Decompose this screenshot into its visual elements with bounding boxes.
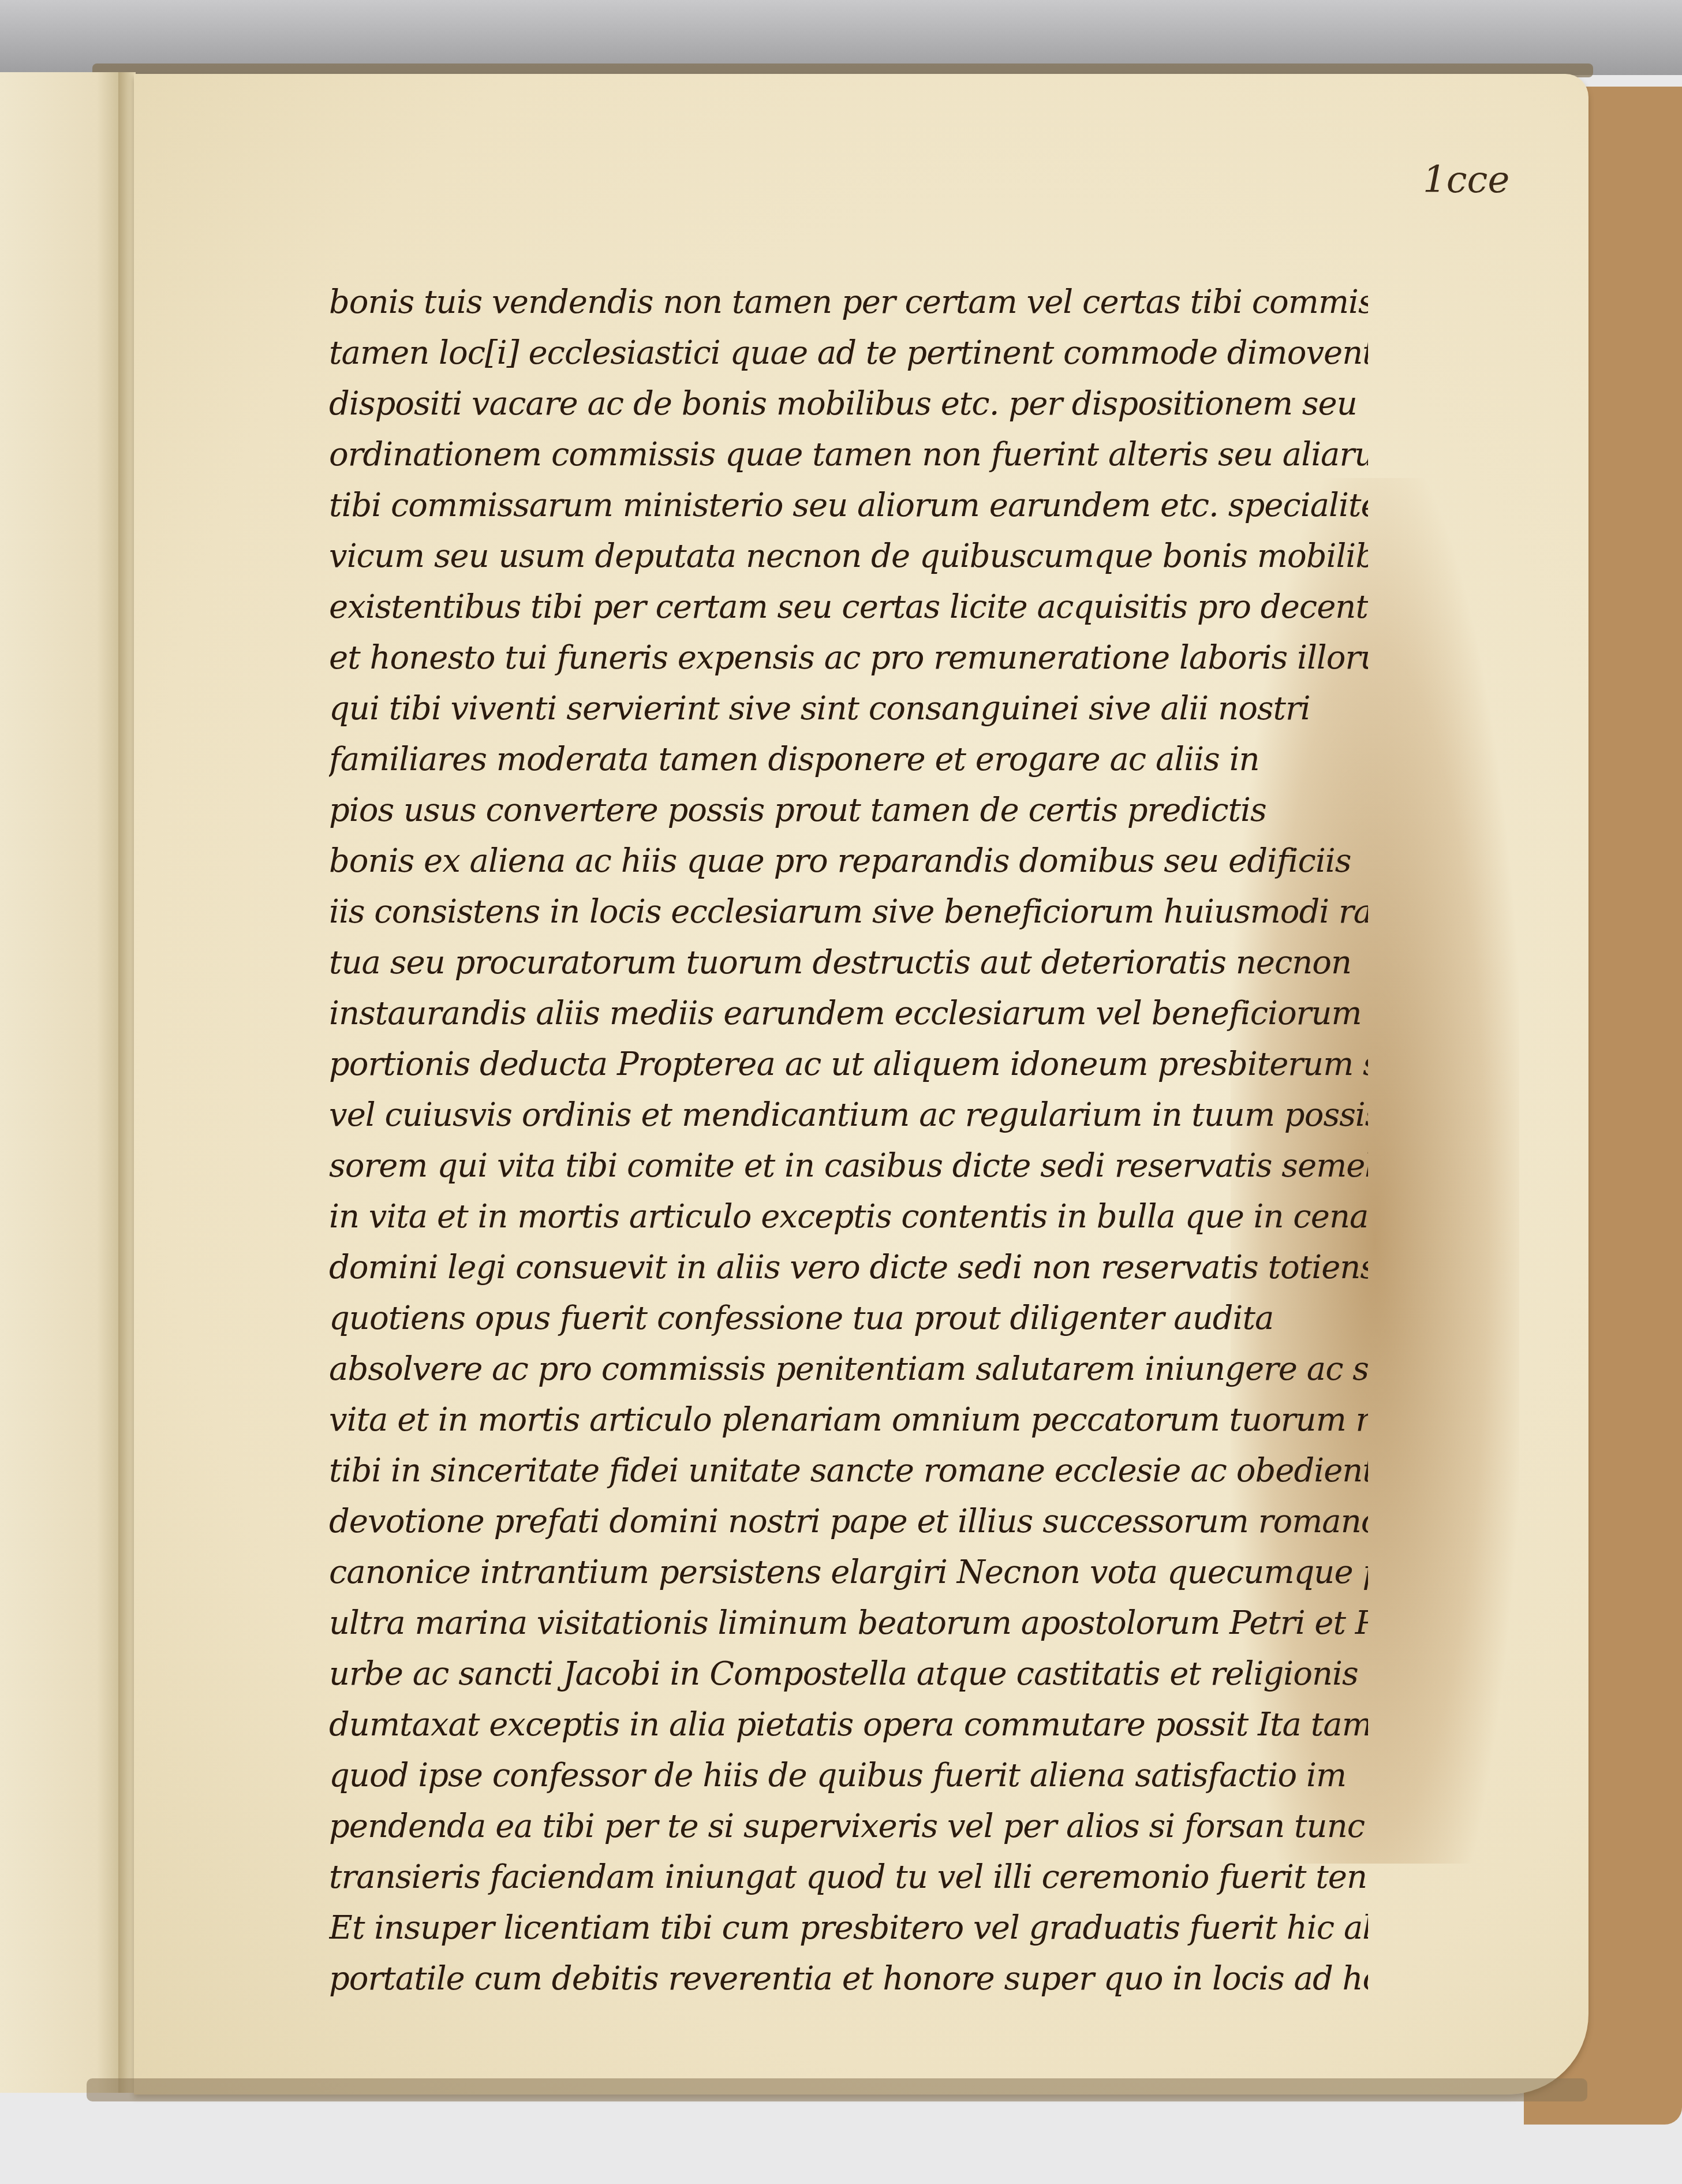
text-line: in vita et in mortis articulo exceptis c…	[329, 1192, 1368, 1242]
text-line: quotiens opus fuerit confessione tua pro…	[329, 1293, 1368, 1344]
text-line: absolvere ac pro commissis penitentiam s…	[329, 1344, 1368, 1395]
text-line: Et insuper licentiam tibi cum presbitero…	[329, 1903, 1368, 1954]
text-line: instaurandis aliis mediis earundem eccle…	[329, 988, 1368, 1039]
folio-number: 1cce	[1423, 159, 1509, 201]
text-line: tamen loc[i] ecclesiastici quae ad te pe…	[329, 328, 1368, 379]
text-line: transieris faciendam iniungat quod tu ve…	[329, 1852, 1368, 1903]
text-line: bonis tuis vendendis non tamen per certa…	[329, 277, 1368, 328]
text-line: portionis deducta Propterea ac ut alique…	[329, 1039, 1368, 1090]
text-line: ultra marina visitationis liminum beator…	[329, 1598, 1368, 1649]
text-line: portatile cum debitis reverentia et hono…	[329, 1954, 1368, 2004]
text-line: et honesto tui funeris expensis ac pro r…	[329, 633, 1368, 684]
text-line: devotione prefati domini nostri pape et …	[329, 1496, 1368, 1547]
text-line: domini legi consuevit in aliis vero dict…	[329, 1242, 1368, 1293]
left-page-edge	[0, 72, 121, 2093]
text-line: ordinationem commissis quae tamen non fu…	[329, 430, 1368, 480]
text-line: vicum seu usum deputata necnon de quibus…	[329, 531, 1368, 582]
text-line: vita et in mortis articulo plenariam omn…	[329, 1395, 1368, 1446]
text-line: pios usus convertere possis prout tamen …	[329, 785, 1368, 836]
text-line: qui tibi viventi servierint sive sint co…	[329, 684, 1368, 734]
text-line: tua seu procuratorum tuorum destructis a…	[329, 938, 1368, 988]
text-line: vel cuiusvis ordinis et mendicantium ac …	[329, 1090, 1368, 1141]
text-line: canonice intrantium persistens elargiri …	[329, 1547, 1368, 1598]
text-line: pendenda ea tibi per te si supervixeris …	[329, 1801, 1368, 1852]
text-line: bonis ex aliena ac hiis quae pro reparan…	[329, 836, 1368, 887]
text-line: quod ipse confessor de hiis de quibus fu…	[329, 1750, 1368, 1801]
text-line: tibi commissarum ministerio seu aliorum …	[329, 480, 1368, 531]
page-bottom-edge	[87, 2078, 1587, 2101]
text-line: dispositi vacare ac de bonis mobilibus e…	[329, 379, 1368, 430]
text-line: urbe ac sancti Jacobi in Compostella atq…	[329, 1649, 1368, 1700]
text-line: tibi in sinceritate fidei unitate sancte…	[329, 1446, 1368, 1496]
text-line: iis consistens in locis ecclesiarum sive…	[329, 887, 1368, 938]
binding-gutter	[118, 72, 136, 2093]
text-line: dumtaxat exceptis in alia pietatis opera…	[329, 1700, 1368, 1750]
text-line: familiares moderata tamen disponere et e…	[329, 734, 1368, 785]
text-line: existentibus tibi per certam seu certas …	[329, 582, 1368, 633]
text-line: sorem qui vita tibi comite et in casibus…	[329, 1141, 1368, 1192]
manuscript-text-block: bonis tuis vendendis non tamen per certa…	[329, 277, 1368, 2004]
